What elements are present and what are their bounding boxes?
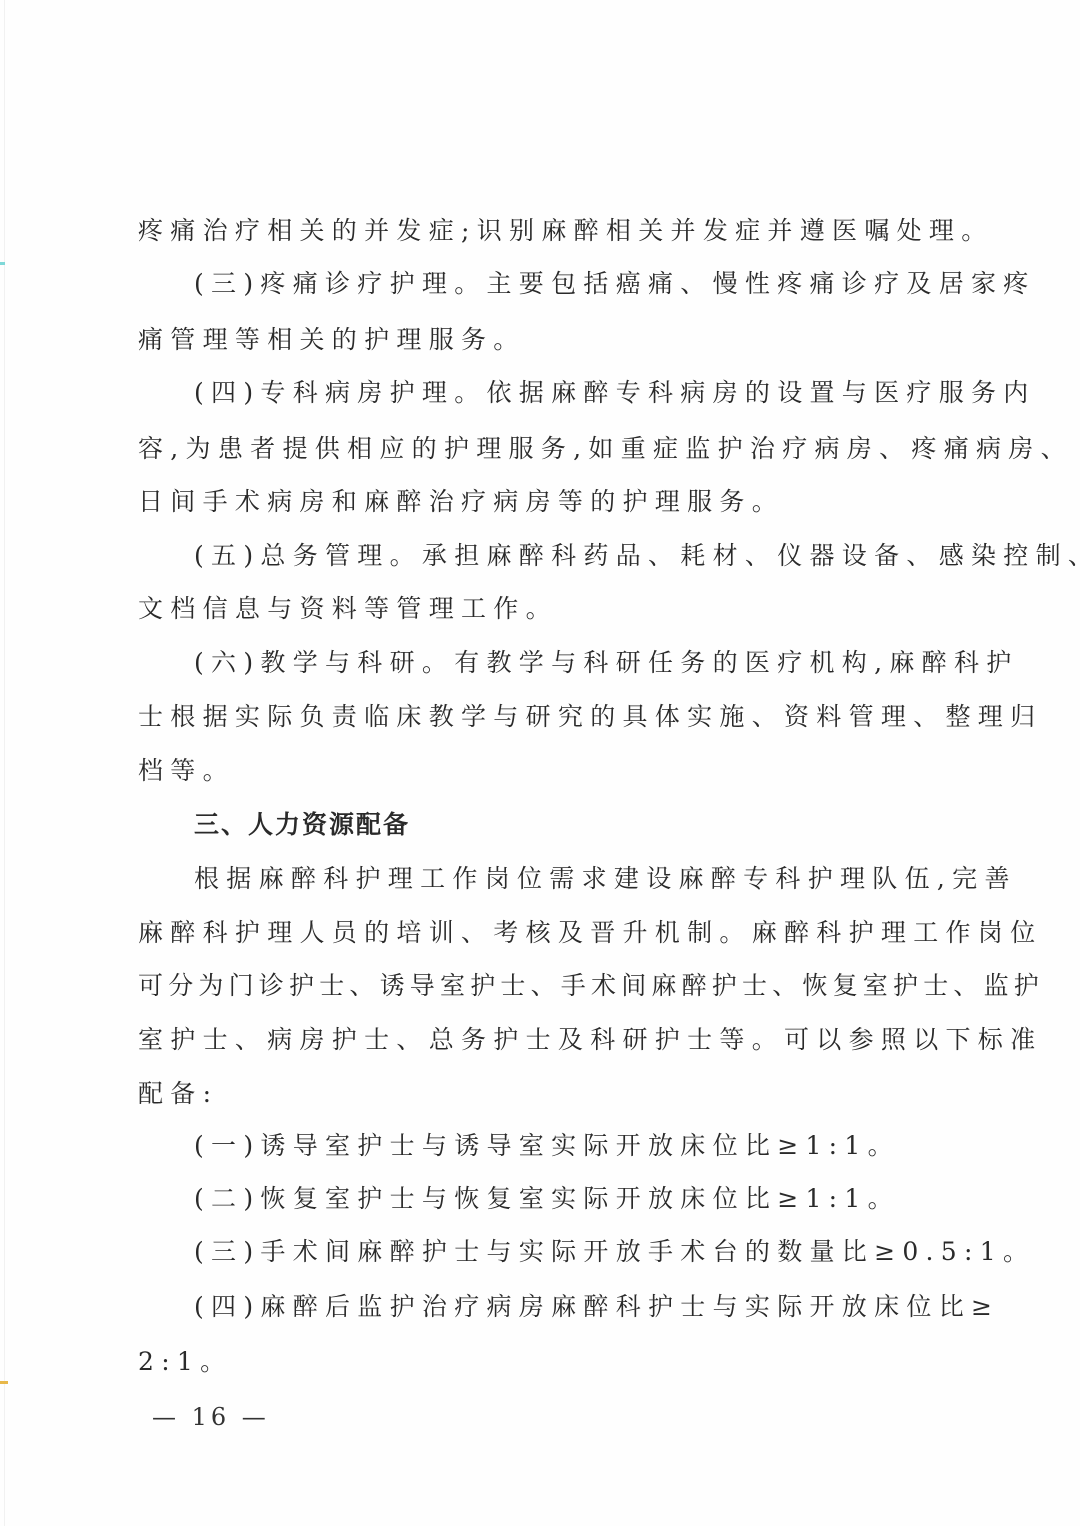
paragraph-line: 容,为患者提供相应的护理服务,如重症监护治疗病房、疼痛病房、 xyxy=(138,434,944,464)
paragraph-line: 室护士、病房护士、总务护士及科研护士等。可以参照以下标准 xyxy=(138,1025,944,1055)
list-item: (三)手术间麻醉护士与实际开放手术台的数量比≥0.5:1。 xyxy=(194,1237,944,1267)
paragraph-line: (六)教学与科研。有教学与科研任务的医疗机构,麻醉科护 xyxy=(194,648,944,678)
paragraph-line: 痛管理等相关的护理服务。 xyxy=(138,325,944,355)
paragraph-line: 档等。 xyxy=(138,756,944,786)
paragraph-line: 麻醉科护理人员的培训、考核及晋升机制。麻醉科护理工作岗位 xyxy=(138,918,944,948)
paragraph-line: 2:1。 xyxy=(138,1347,944,1377)
paragraph-line: (三)疼痛诊疗护理。主要包括癌痛、慢性疼痛诊疗及居家疼 xyxy=(194,269,944,299)
list-item: (一)诱导室护士与诱导室实际开放床位比≥1:1。 xyxy=(194,1131,944,1161)
paragraph-line: 根据麻醉科护理工作岗位需求建设麻醉专科护理队伍,完善 xyxy=(194,864,944,894)
paragraph-line: 配备: xyxy=(138,1079,944,1109)
list-item: (四)麻醉后监护治疗病房麻醉科护士与实际开放床位比≥ xyxy=(194,1292,944,1322)
paragraph-line: 士根据实际负责临床教学与研究的具体实施、资料管理、整理归 xyxy=(138,702,944,732)
scan-edge-mark xyxy=(0,262,5,265)
list-item: (二)恢复室护士与恢复室实际开放床位比≥1:1。 xyxy=(194,1184,944,1214)
paragraph-line: 日间手术病房和麻醉治疗病房等的护理服务。 xyxy=(138,487,944,517)
document-page: 疼痛治疗相关的并发症;识别麻醉相关并发症并遵医嘱处理。 (三)疼痛诊疗护理。主要… xyxy=(0,0,1080,1526)
paragraph-line: 疼痛治疗相关的并发症;识别麻醉相关并发症并遵医嘱处理。 xyxy=(138,216,944,246)
paragraph-line: (五)总务管理。承担麻醉科药品、耗材、仪器设备、感染控制、 xyxy=(194,541,944,571)
paragraph-line: (四)专科病房护理。依据麻醉专科病房的设置与医疗服务内 xyxy=(194,378,944,408)
scan-edge-line xyxy=(4,0,5,1526)
scan-edge-mark xyxy=(0,1381,8,1384)
section-heading: 三、人力资源配备 xyxy=(194,810,944,840)
paragraph-line: 文档信息与资料等管理工作。 xyxy=(138,594,944,624)
page-number: — 16 — xyxy=(152,1402,270,1432)
paragraph-line: 可分为门诊护士、诱导室护士、手术间麻醉护士、恢复室护士、监护 xyxy=(138,971,944,1001)
